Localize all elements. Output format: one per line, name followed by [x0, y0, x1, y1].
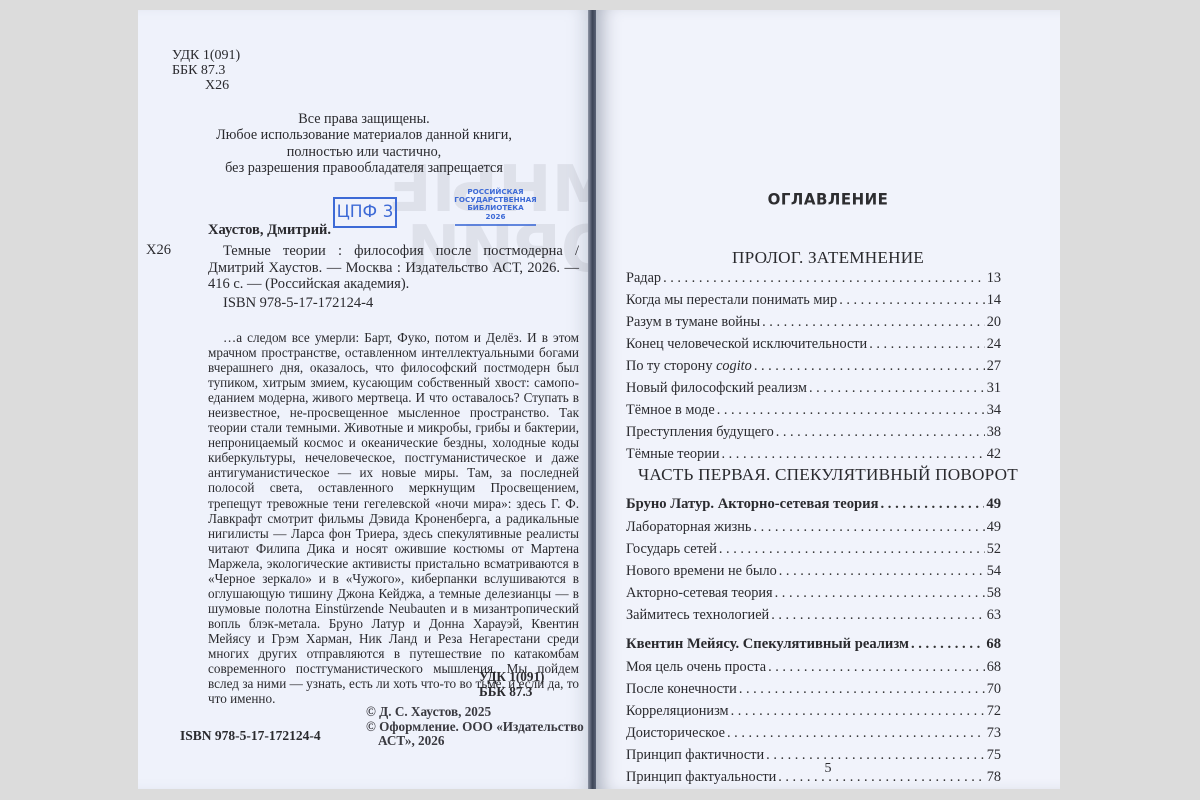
- catalog-isbn: ISBN 978-5-17-172124-4: [223, 296, 373, 311]
- toc-entry: Когда мы перестали понимать мир14: [626, 289, 1001, 311]
- section-title-prolog: ПРОЛОГ. ЗАТЕМНЕНИЕ: [596, 248, 1060, 268]
- toc-entry: Новый философский реализм31: [626, 377, 1001, 399]
- toc-entry-page: 58: [985, 582, 1001, 604]
- toc-entry-title: Конец человеческой исключительности: [626, 333, 869, 355]
- toc-entry-title: Займитесь технологией: [626, 604, 771, 626]
- dot-leader: [911, 633, 984, 655]
- toc-entry-page: 34: [985, 399, 1001, 421]
- toc-entry-title: Корреляционизм: [626, 700, 731, 722]
- toc-entry-page: 68: [985, 656, 1001, 678]
- dot-leader: [717, 399, 985, 421]
- toc-entry: Тёмные теории42: [626, 443, 1001, 465]
- stamp-underline: [455, 221, 536, 226]
- toc-entry-title: Нового времени не было: [626, 560, 779, 582]
- dot-leader: [762, 311, 985, 333]
- right-page-contents: ОГЛАВЛЕНИЕ ПРОЛОГ. ЗАТЕМНЕНИЕ Радар13Ког…: [596, 10, 1060, 789]
- dot-leader: [776, 421, 985, 443]
- toc-entry-title: Преступления будущего: [626, 421, 776, 443]
- dot-leader: [754, 355, 985, 377]
- toc-entry-title: Моя цель очень проста: [626, 656, 768, 678]
- catalog-description: Темные теории : философия после постмоде…: [208, 243, 579, 293]
- toc-entry-title: Квентин Мейясу. Спекулятивный реализм: [626, 633, 911, 655]
- copyright-design-cont: АСТ», 2026: [366, 734, 584, 749]
- toc-entry-title: Государь сетей: [626, 538, 719, 560]
- dot-leader: [731, 700, 985, 722]
- toc-entry-page: 49: [985, 516, 1001, 538]
- rights-line: Все права защищены.: [138, 111, 590, 127]
- toc-entry-page: 52: [985, 538, 1001, 560]
- toc-entry-title: По ту сторону cogito: [626, 355, 754, 377]
- dot-leader: [753, 516, 984, 538]
- toc-entry-page: 38: [985, 421, 1001, 443]
- left-page-imprint: ТЕМНЫЕТЕОРИИ УДК 1(091) ББК 87.3 Х26 Все…: [138, 10, 590, 789]
- dot-leader: [722, 443, 985, 465]
- udk-code: УДК 1(091): [172, 48, 240, 63]
- catalog-author-heading: Хаустов, Дмитрий.: [208, 223, 331, 238]
- toc-entry-title: Когда мы перестали понимать мир: [626, 289, 839, 311]
- toc-entry-title: Тёмные теории: [626, 443, 722, 465]
- toc-entry: Корреляционизм72: [626, 700, 1001, 722]
- toc-entry: Конец человеческой исключительности24: [626, 333, 1001, 355]
- toc-list-part-one: 1.Бруно Латур. Акторно-сетевая теория49Л…: [626, 493, 1001, 788]
- toc-entry-title: После конечности: [626, 678, 739, 700]
- toc-chapter-entry: 1.Бруно Латур. Акторно-сетевая теория49: [626, 493, 1001, 515]
- toc-entry: Моя цель очень проста68: [626, 656, 1001, 678]
- page-number: 5: [596, 761, 1060, 777]
- rights-line: без разрешения правообладателя запрещает…: [138, 160, 590, 176]
- cpf-stamp: ЦПФ 3: [333, 197, 397, 228]
- toc-entry-page: 72: [985, 700, 1001, 722]
- toc-entry-title: Тёмное в моде: [626, 399, 717, 421]
- toc-entry: Радар13: [626, 267, 1001, 289]
- toc-entry-title: Акторно-сетевая теория: [626, 582, 775, 604]
- bbk-code: ББК 87.3: [172, 63, 240, 78]
- dot-leader: [779, 560, 985, 582]
- toc-entry: Акторно-сетевая теория58: [626, 582, 1001, 604]
- toc-entry-page: 27: [985, 355, 1001, 377]
- toc-entry: После конечности70: [626, 678, 1001, 700]
- toc-entry: Преступления будущего38: [626, 421, 1001, 443]
- toc-entry-page: 24: [985, 333, 1001, 355]
- toc-entry: По ту сторону cogito27: [626, 355, 1001, 377]
- dot-leader: [775, 582, 985, 604]
- toc-entry-page: 14: [985, 289, 1001, 311]
- toc-entry-page: 20: [985, 311, 1001, 333]
- isbn-bottom: ISBN 978-5-17-172124-4: [180, 728, 321, 743]
- book-gutter: [588, 10, 596, 789]
- toc-entry-page: 70: [985, 678, 1001, 700]
- dot-leader: [869, 333, 984, 355]
- dot-leader: [768, 656, 985, 678]
- toc-entry-title: Разум в тумане войны: [626, 311, 762, 333]
- rights-line: Любое использование материалов данной кн…: [138, 127, 590, 143]
- toc-entry-title-italic: cogito: [716, 358, 752, 374]
- dot-leader: [739, 678, 985, 700]
- dot-leader: [719, 538, 985, 560]
- dot-leader: [663, 267, 985, 289]
- classification-codes: УДК 1(091) ББК 87.3 Х26: [172, 48, 240, 93]
- toc-heading: ОГЛАВЛЕНИЕ: [596, 189, 1060, 208]
- toc-entry-page: 73: [985, 722, 1001, 744]
- toc-entry-title: Лабораторная жизнь: [626, 516, 753, 538]
- book-spread: ТЕМНЫЕТЕОРИИ УДК 1(091) ББК 87.3 Х26 Все…: [138, 10, 1060, 789]
- toc-chapter-entry: 2.Квентин Мейясу. Спекулятивный реализм6…: [626, 633, 1001, 655]
- copyright-author: © Д. С. Хаустов, 2025: [366, 705, 584, 720]
- copyright-design: © Оформление. ООО «Издательство: [366, 720, 584, 735]
- toc-entry-page: 68: [984, 633, 1001, 655]
- dot-leader: [771, 604, 984, 626]
- toc-entry: Нового времени не было54: [626, 560, 1001, 582]
- copyright-block: © Д. С. Хаустов, 2025 © Оформление. ООО …: [366, 705, 584, 749]
- toc-entry: Тёмное в моде34: [626, 399, 1001, 421]
- toc-entry: Лабораторная жизнь49: [626, 516, 1001, 538]
- toc-entry-title: Радар: [626, 267, 663, 289]
- section-title-part-one: ЧАСТЬ ПЕРВАЯ. СПЕКУЛЯТИВНЫЙ ПОВОРОТ: [596, 465, 1060, 485]
- library-stamp: РОССИЙСКАЯ ГОСУДАРСТВЕННАЯ БИБЛИОТЕКА 20…: [453, 188, 538, 226]
- toc-entry: Государь сетей52: [626, 538, 1001, 560]
- dot-leader: [880, 493, 984, 515]
- dot-leader: [809, 377, 985, 399]
- classification-codes-bottom: УДК 1(091) ББК 87.3: [479, 669, 544, 699]
- udk-code: УДК 1(091): [479, 669, 544, 684]
- toc-entry: Доисторическое73: [626, 722, 1001, 744]
- toc-list-prolog: Радар13Когда мы перестали понимать мир14…: [626, 267, 1001, 465]
- library-stamp-year: 2026: [453, 213, 538, 221]
- toc-entry-page: 54: [985, 560, 1001, 582]
- rights-notice: Все права защищены. Любое использование …: [138, 111, 590, 176]
- dot-leader: [839, 289, 984, 311]
- toc-entry-page: 42: [985, 443, 1001, 465]
- toc-entry-page: 49: [984, 493, 1001, 515]
- toc-entry-page: 31: [985, 377, 1001, 399]
- dot-leader: [727, 722, 985, 744]
- toc-entry-title: Бруно Латур. Акторно-сетевая теория: [626, 493, 880, 515]
- toc-entry: Разум в тумане войны20: [626, 311, 1001, 333]
- toc-entry-page: 63: [985, 604, 1001, 626]
- bbk-code: ББК 87.3: [479, 684, 544, 699]
- book-annotation: …а следом все умерли: Барт, Фуко, потом …: [208, 330, 579, 706]
- toc-entry-page: 13: [985, 267, 1001, 289]
- rights-line: полностью или частично,: [138, 144, 590, 160]
- toc-entry-title: Доисторическое: [626, 722, 727, 744]
- toc-entry-title: Новый философский реализм: [626, 377, 809, 399]
- author-mark: Х26: [172, 78, 240, 93]
- catalog-call-mark: Х26: [146, 243, 171, 258]
- toc-entry: Займитесь технологией63: [626, 604, 1001, 626]
